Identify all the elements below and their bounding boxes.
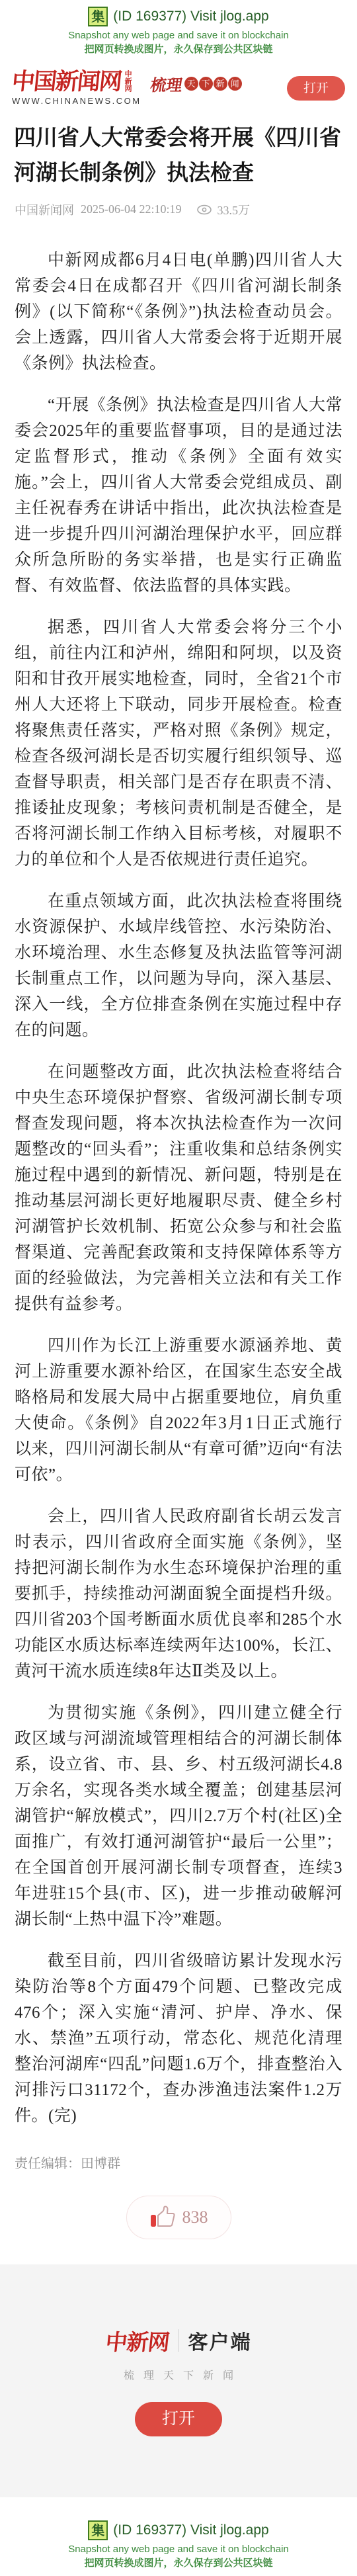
article-paragraph: 在重点领域方面，此次执法检查将围绕水资源保护、水域岸线管控、水污染防治、水环境治… xyxy=(15,888,342,1043)
article-paragraph: 会上，四川省人民政府副省长胡云发言时表示，四川省政府全面实施《条例》，坚持把河湖… xyxy=(15,1504,342,1684)
promo-tagline-cn: 把网页转换成图片，永久保存到公共区块链 xyxy=(0,2555,357,2569)
promo-banner-top[interactable]: 集 (ID 169377) Visit jlog.app Snapshot an… xyxy=(0,0,357,61)
site-header: 中国新闻网 中新网 WWW.CHINANEWS.COM 梳理 天下新闻 打开 xyxy=(0,61,357,118)
article-meta: 中国新闻网 2025-06-04 22:10:19 33.5万 xyxy=(0,201,357,218)
article-timestamp: 2025-06-04 22:10:19 xyxy=(81,202,182,216)
promo-id-link[interactable]: (ID 169377) Visit jlog.app xyxy=(113,2522,268,2538)
article-paragraph: 截至目前，四川省级暗访累计发现水污染防治等8个方面479个问题、已整改完成476… xyxy=(15,1948,342,2129)
promo-id-link[interactable]: (ID 169377) Visit jlog.app xyxy=(113,9,268,24)
article-paragraph: 四川作为长江上游重要水源涵养地、黄河上游重要水源补给区，在国家生态安全战略格局和… xyxy=(15,1333,342,1488)
like-button[interactable]: 838 xyxy=(126,2196,231,2239)
article-paragraph: 在问题整改方面，此次执法检查将结合中央生态环境保护督察、省级河湖长制专项督查发现… xyxy=(15,1059,342,1317)
promo-tagline-en: Snapshot any web page and save it on blo… xyxy=(0,30,357,41)
promo-tagline-cn: 把网页转换成图片，永久保存到公共区块链 xyxy=(0,42,357,56)
views-icon xyxy=(196,204,212,216)
article-paragraph: 据悉，四川省人大常委会将分三个小组，前往内江和泸州，绵阳和阿坝，以及资阳和甘孜开… xyxy=(15,615,342,873)
app-promo-footer: 中新网 客户端 梳理天下新闻 打开 xyxy=(0,2264,357,2497)
article-source: 中国新闻网 xyxy=(15,201,74,218)
stamp-circle-char: 下 xyxy=(199,77,213,91)
open-app-button-bottom[interactable]: 打开 xyxy=(135,2402,222,2436)
ji-logo-icon: 集 xyxy=(88,2520,108,2540)
article-paragraph: “开展《条例》执法检查是四川省人大常委会2025年的重要监督事项，目的是通过法定… xyxy=(15,392,342,599)
logo-url: WWW.CHINANEWS.COM xyxy=(12,96,141,106)
article-body: 中新网成都6月4日电(单鹏)四川省人大常委会4日在成都召开《四川省河湖长制条例》… xyxy=(0,247,357,2145)
thumb-up-icon xyxy=(149,2206,176,2229)
footer-logo: 中新网 xyxy=(104,2325,171,2356)
promo-banner-bottom[interactable]: 集 (ID 169377) Visit jlog.app Snapshot an… xyxy=(0,2512,357,2576)
stamp-circle-char: 新 xyxy=(214,77,227,91)
slogan-stamp: 梳理 天下新闻 xyxy=(151,72,242,95)
stamp-circles: 天下新闻 xyxy=(184,77,242,91)
logo-calligraphy: 中国新闻网 xyxy=(11,70,122,93)
promo-tagline-en: Snapshot any web page and save it on blo… xyxy=(0,2544,357,2555)
footer-client-label: 客户端 xyxy=(188,2326,252,2355)
ji-logo-icon: 集 xyxy=(88,7,108,26)
article-paragraph: 中新网成都6月4日电(单鹏)四川省人大常委会4日在成都召开《四川省河湖长制条例》… xyxy=(15,247,342,376)
footer-divider xyxy=(178,2329,179,2352)
logo-side-text: 中新网 xyxy=(124,70,132,92)
editor-credit: 责任编辑：田博群 xyxy=(0,2153,357,2172)
open-app-button-top[interactable]: 打开 xyxy=(287,76,345,101)
chinanews-logo[interactable]: 中国新闻网 中新网 WWW.CHINANEWS.COM xyxy=(12,70,141,106)
like-count: 838 xyxy=(182,2208,208,2227)
stamp-circle-char: 天 xyxy=(184,77,198,91)
stamp-circle-char: 闻 xyxy=(228,77,242,91)
article-title: 四川省人大常委会将开展《四川省河湖长制条例》执法检查 xyxy=(0,120,357,191)
stamp-calligraphy: 梳理 xyxy=(149,72,184,95)
views-count: 33.5万 xyxy=(218,201,251,218)
page: 集 (ID 169377) Visit jlog.app Snapshot an… xyxy=(0,0,357,2576)
footer-slogan: 梳理天下新闻 xyxy=(114,2367,243,2382)
article-paragraph: 为贯彻实施《条例》，四川建立健全行政区域与河湖流域管理相结合的河湖长制体系，设立… xyxy=(15,1700,342,1932)
